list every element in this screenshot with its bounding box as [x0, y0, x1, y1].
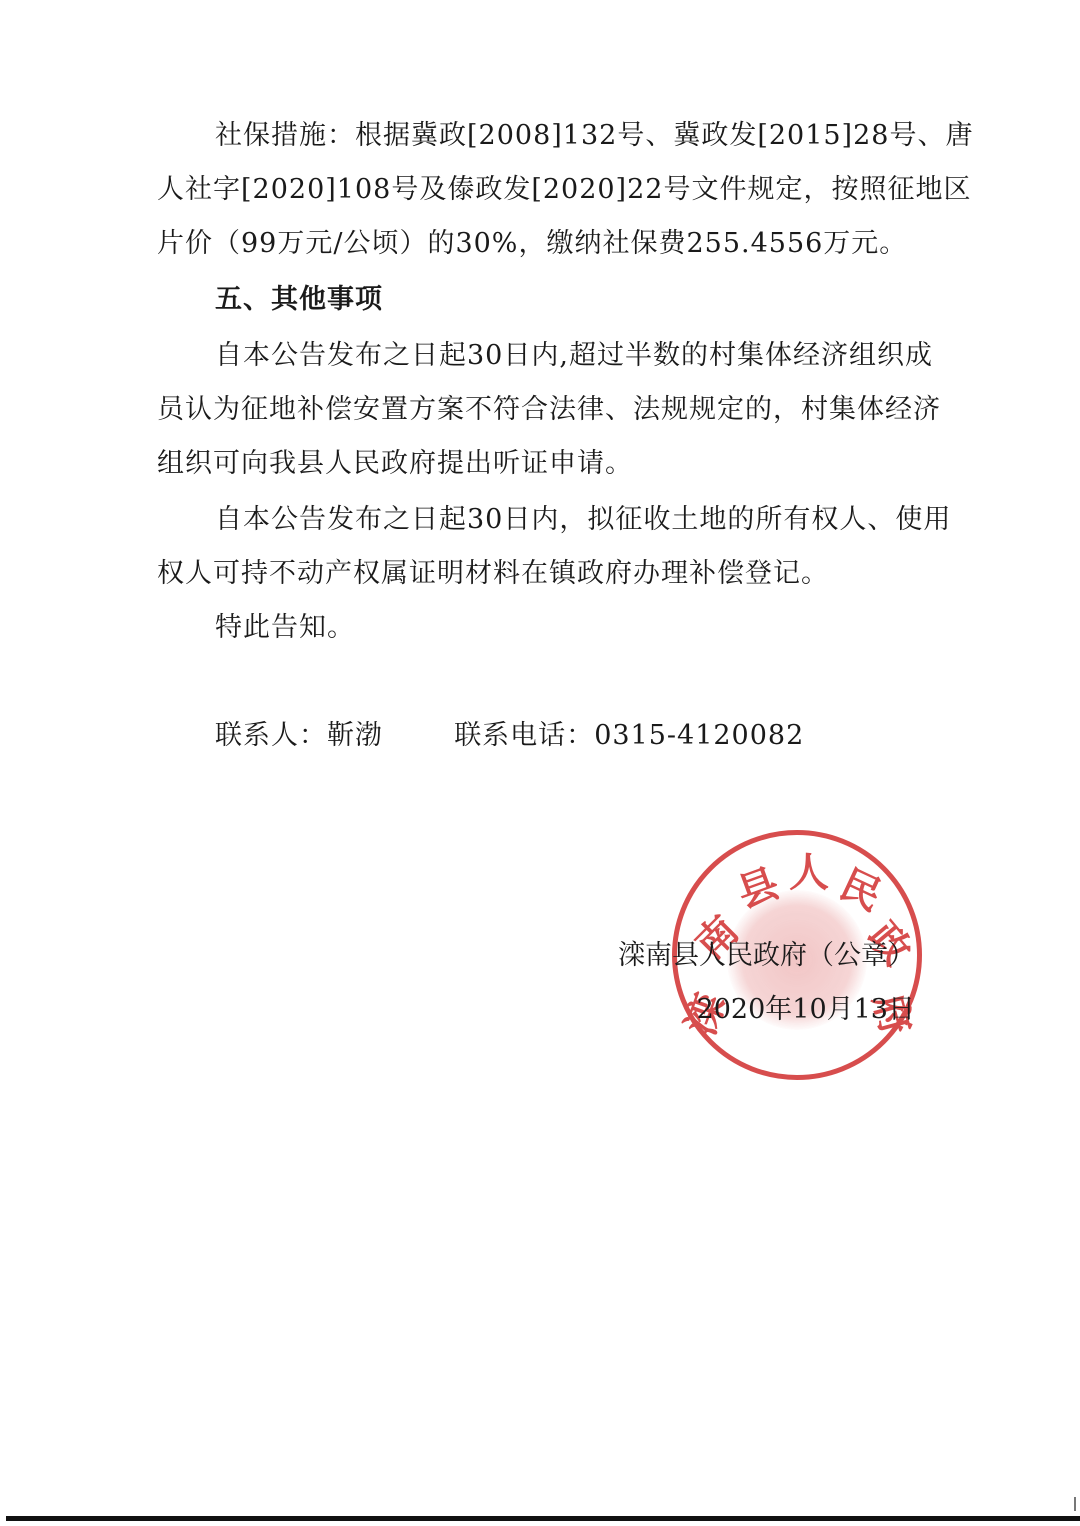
registration-paragraph-line-2: 权人可持不动产权属证明材料在镇政府办理补偿登记。	[157, 554, 917, 594]
contact-person-label: 联系人：	[215, 716, 327, 756]
social-security-line-1: 社保措施：根据冀政[2008]132号、冀政发[2015]28号、唐	[215, 116, 975, 156]
social-security-line-2: 人社字[2020]108号及傣政发[2020]22号文件规定，按照征地区	[157, 170, 917, 210]
social-security-line-3: 片价（99万元/公顷）的30%，缴纳社保费255.4556万元。	[157, 224, 917, 264]
closing-statement: 特此告知。	[215, 608, 975, 648]
contact-phone-number: 0315-4120082	[594, 716, 804, 756]
hearing-paragraph-line-1: 自本公告发布之日起30日内,超过半数的村集体经济组织成	[215, 336, 975, 376]
scan-bottom-border	[6, 1516, 1080, 1521]
contact-line: 联系人：靳渤 联系电话：0315-4120082	[215, 716, 975, 756]
issue-date: 2020年10月13日	[697, 990, 915, 1030]
issuer-name: 滦南县人民政府（公章）	[618, 936, 915, 976]
section-five-heading: 五、其他事项	[215, 280, 975, 320]
hearing-paragraph-line-3: 组织可向我县人民政府提出听证申请。	[157, 444, 917, 484]
contact-person-name: 靳渤	[327, 716, 383, 756]
scan-edge-mark	[1074, 1497, 1076, 1511]
contact-phone-label: 联系电话：	[454, 716, 594, 756]
registration-paragraph-line-1: 自本公告发布之日起30日内，拟征收土地的所有权人、使用	[215, 500, 975, 540]
seal-char: 人	[789, 841, 829, 898]
document-page: 社保措施：根据冀政[2008]132号、冀政发[2015]28号、唐 人社字[2…	[0, 0, 1080, 1526]
hearing-paragraph-line-2: 员认为征地补偿安置方案不符合法律、法规规定的，村集体经济	[157, 390, 917, 430]
